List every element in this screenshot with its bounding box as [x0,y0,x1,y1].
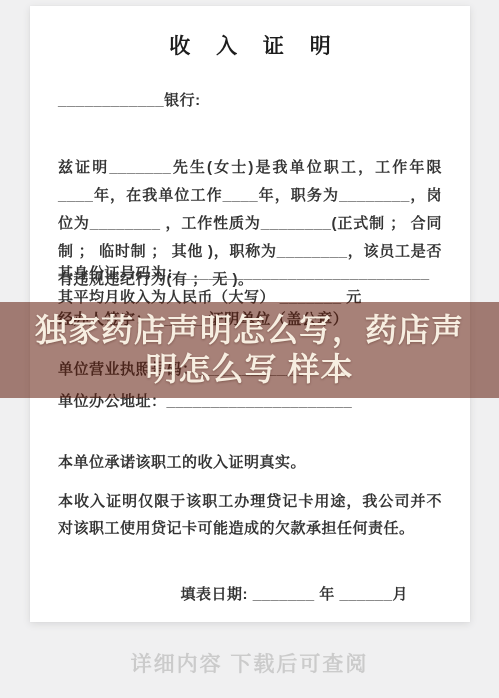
fill-date-line: 填表日期: _______ 年 ______月 [181,584,408,606]
truth-promise-line: 本单位承诺该职工的收入证明真实。 [58,452,442,474]
id-number-line: 其身份证号码为：____________________________ [58,263,442,285]
headline-overlay-banner: 独家药店声明怎么写，药店声 明怎么写 样本 [0,302,499,398]
certificate-title: 收 入 证 明 [30,30,470,60]
download-hint-text: 详细内容 下载后可查阅 [0,648,499,678]
headline-line-1: 独家药店声明怎么写，药店声 [35,311,464,350]
headline-line-2: 明怎么写 样本 [146,350,354,389]
bank-blank-line: ____________银行: [58,90,442,112]
page-background: 收 入 证 明 ____________银行: 兹证明_______先生(女士)… [0,0,499,698]
credit-card-disclaimer: 本收入证明仅限于该职工办理贷记卡用途，我公司并不对该职工使用贷记卡可能造成的欠款… [58,488,442,542]
